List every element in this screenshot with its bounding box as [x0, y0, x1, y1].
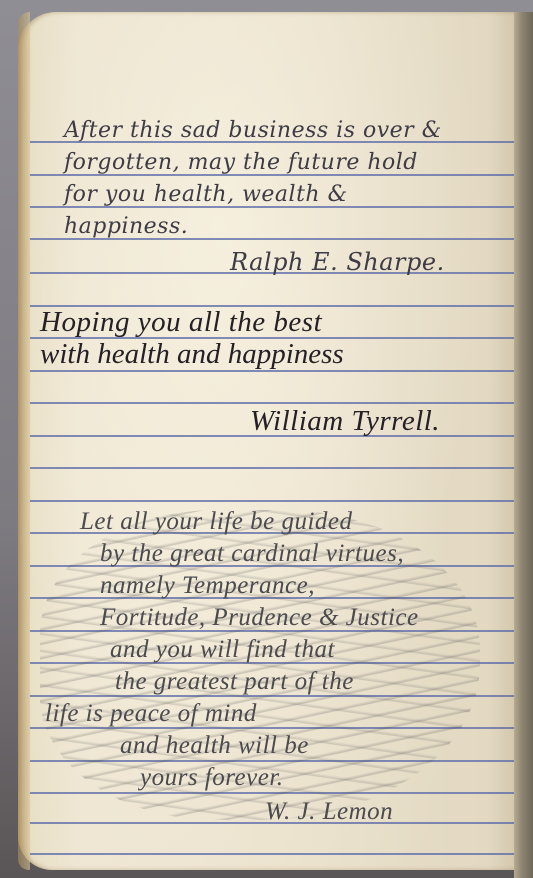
entry-3-line-6: the greatest part of the	[115, 668, 354, 696]
entry-3-line-3: namely Temperance,	[100, 572, 315, 600]
entry-3-line-4: Fortitude, Prudence & Justice	[100, 604, 419, 632]
rule-line	[30, 467, 514, 469]
entry-3-line-5: and you will find that	[110, 636, 335, 664]
entry-1-signature: Ralph E. Sharpe.	[230, 248, 445, 276]
entry-3-line-7: life is peace of mind	[45, 700, 257, 728]
entry-3-line-8: and health will be	[120, 732, 309, 760]
entry-3-line-1: Let all your life be guided	[80, 508, 352, 536]
entry-1-line-3: for you health, wealth &	[64, 182, 348, 207]
entry-2-line-1: Hoping you all the best	[40, 306, 322, 339]
rule-line	[30, 402, 514, 404]
rule-line	[30, 853, 514, 855]
rule-line	[30, 500, 514, 502]
entry-2-signature: William Tyrrell.	[250, 405, 440, 438]
entry-3-signature: W. J. Lemon	[265, 798, 393, 826]
entry-1-line-2: forgotten, may the future hold	[64, 150, 418, 175]
entry-1-line-1: After this sad business is over &	[64, 118, 442, 143]
entry-2-line-2: with health and happiness	[40, 338, 344, 371]
notebook-spine	[514, 12, 533, 878]
entry-1-line-4: happiness.	[64, 214, 188, 239]
entry-3-line-2: by the great cardinal virtues,	[100, 540, 404, 568]
entry-3-line-9: yours forever.	[140, 764, 284, 792]
page-edge	[18, 12, 30, 870]
